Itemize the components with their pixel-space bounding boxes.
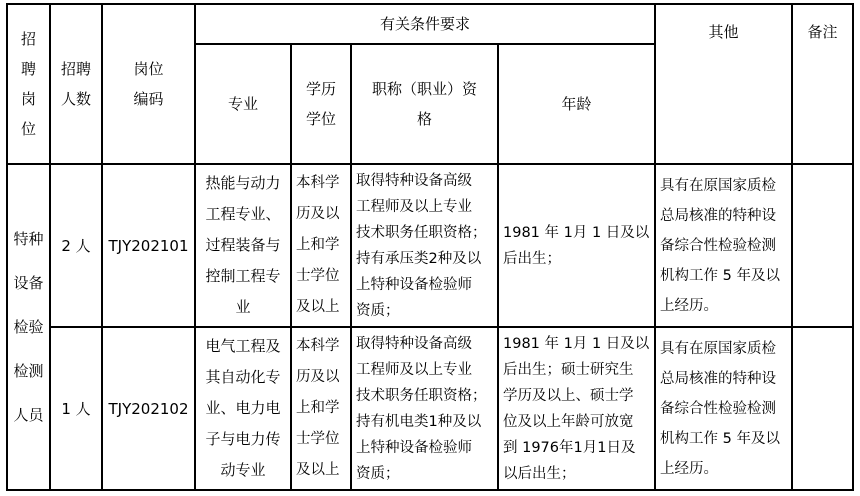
title-line: 取得特种设备高级	[356, 168, 493, 194]
major-line: 业、电力电	[196, 393, 290, 424]
title-line: 资质；	[356, 461, 493, 487]
other-line: 总局核准的特种设	[660, 201, 787, 231]
header-conditions-group: 有关条件要求	[195, 4, 655, 44]
title-line: 持有承压类2种及以	[356, 246, 493, 272]
code-cell: TJY202102	[102, 327, 195, 490]
major-cell: 电气工程及 其自动化专 业、电力电 子与电力传 动专业	[195, 327, 291, 490]
title-cell: 取得特种设备高级 工程师及以上专业 技术职务任职资格； 持有机电类1种及以 上特…	[351, 327, 498, 490]
header-code: 岗位 编码	[102, 4, 195, 164]
post-name-line: 人员	[8, 393, 49, 437]
education-line: 历及以	[296, 199, 346, 230]
header-post: 招 聘 岗 位	[7, 4, 50, 164]
header-other: 其他	[655, 4, 792, 164]
table-row: 特种 设备 检验 检测 人员 2 人 TJY202101 热能与动力 工程专业、…	[7, 164, 853, 327]
other-line: 具有在原国家质检	[660, 334, 787, 364]
education-line: 历及以	[296, 362, 346, 393]
header-code-line: 编码	[103, 84, 194, 114]
other-line: 上经历。	[660, 291, 787, 321]
other-cell: 具有在原国家质检 总局核准的特种设 备综合性检验检测 机构工作 5 年及以 上经…	[655, 164, 792, 327]
header-code-line: 岗位	[103, 54, 194, 84]
major-line: 业	[196, 292, 290, 323]
table-row: 1 人 TJY202102 电气工程及 其自动化专 业、电力电 子与电力传 动专…	[7, 327, 853, 490]
post-name-line: 设备	[8, 261, 49, 305]
post-name-line: 检验	[8, 305, 49, 349]
major-line: 热能与动力	[196, 168, 290, 199]
title-line: 上特种设备检验师	[356, 272, 493, 298]
title-line: 取得特种设备高级	[356, 331, 493, 357]
header-education: 学历 学位	[291, 44, 351, 164]
title-line: 持有机电类1种及以	[356, 409, 493, 435]
age-line: 1981 年 1月 1 日及以	[503, 220, 650, 246]
major-line: 动专业	[196, 455, 290, 486]
other-line: 上经历。	[660, 454, 787, 484]
header-title-line: 职称（职业）资	[352, 74, 497, 104]
other-line: 具有在原国家质检	[660, 171, 787, 201]
other-line: 总局核准的特种设	[660, 364, 787, 394]
header-title-line: 格	[352, 104, 497, 134]
education-line: 士学位	[296, 261, 346, 292]
header-title: 职称（职业）资 格	[351, 44, 498, 164]
education-line: 及以上	[296, 455, 346, 486]
header-count: 招聘 人数	[50, 4, 102, 164]
header-education-line: 学位	[292, 104, 350, 134]
other-line: 备综合性检验检测	[660, 394, 787, 424]
header-age: 年龄	[498, 44, 655, 164]
major-line: 其自动化专	[196, 362, 290, 393]
post-name-line: 检测	[8, 349, 49, 393]
header-remarks: 备注	[792, 4, 853, 164]
major-line: 控制工程专	[196, 261, 290, 292]
education-line: 本科学	[296, 168, 346, 199]
header-post-char: 位	[8, 114, 49, 144]
major-line: 工程专业、	[196, 199, 290, 230]
education-cell: 本科学 历及以 上和学 士学位 及以上	[291, 164, 351, 327]
header-post-char: 聘	[8, 54, 49, 84]
age-line: 学历及以上、硕士学	[503, 383, 650, 409]
title-line: 工程师及以上专业	[356, 194, 493, 220]
header-education-line: 学历	[292, 74, 350, 104]
count-cell: 1 人	[50, 327, 102, 490]
other-line: 备综合性检验检测	[660, 231, 787, 261]
age-line: 到 1976年1月1日及	[503, 435, 650, 461]
remarks-cell	[792, 164, 853, 327]
other-line: 机构工作 5 年及以	[660, 261, 787, 291]
education-line: 本科学	[296, 331, 346, 362]
header-major: 专业	[195, 44, 291, 164]
header-count-line: 招聘	[51, 54, 101, 84]
major-line: 电气工程及	[196, 331, 290, 362]
major-cell: 热能与动力 工程专业、 过程装备与 控制工程专 业	[195, 164, 291, 327]
remarks-cell	[792, 327, 853, 490]
header-count-line: 人数	[51, 84, 101, 114]
recruitment-table: 招 聘 岗 位 招聘 人数 岗位 编码 有关条件要求 其他 备注 专业 学历 学…	[6, 3, 854, 491]
education-line: 上和学	[296, 230, 346, 261]
age-line: 后出生；硕士研究生	[503, 357, 650, 383]
title-line: 上特种设备检验师	[356, 435, 493, 461]
education-cell: 本科学 历及以 上和学 士学位 及以上	[291, 327, 351, 490]
title-line: 工程师及以上专业	[356, 357, 493, 383]
age-line: 位及以上年龄可放宽	[503, 409, 650, 435]
code-cell: TJY202101	[102, 164, 195, 327]
education-line: 士学位	[296, 424, 346, 455]
education-line: 及以上	[296, 292, 346, 323]
age-line: 后出生；	[503, 246, 650, 272]
title-line: 技术职务任职资格；	[356, 383, 493, 409]
header-post-char: 岗	[8, 84, 49, 114]
age-cell: 1981 年 1月 1 日及以 后出生；	[498, 164, 655, 327]
count-cell: 2 人	[50, 164, 102, 327]
header-post-char: 招	[8, 24, 49, 54]
other-cell: 具有在原国家质检 总局核准的特种设 备综合性检验检测 机构工作 5 年及以 上经…	[655, 327, 792, 490]
age-line: 1981 年 1月 1 日及以	[503, 331, 650, 357]
education-line: 上和学	[296, 393, 346, 424]
age-line: 以后出生；	[503, 461, 650, 487]
major-line: 子与电力传	[196, 424, 290, 455]
age-cell: 1981 年 1月 1 日及以 后出生；硕士研究生 学历及以上、硕士学 位及以上…	[498, 327, 655, 490]
other-line: 机构工作 5 年及以	[660, 424, 787, 454]
title-line: 技术职务任职资格；	[356, 220, 493, 246]
title-cell: 取得特种设备高级 工程师及以上专业 技术职务任职资格； 持有承压类2种及以 上特…	[351, 164, 498, 327]
post-name-line: 特种	[8, 217, 49, 261]
title-line: 资质；	[356, 298, 493, 324]
major-line: 过程装备与	[196, 230, 290, 261]
post-name-cell: 特种 设备 检验 检测 人员	[7, 164, 50, 490]
